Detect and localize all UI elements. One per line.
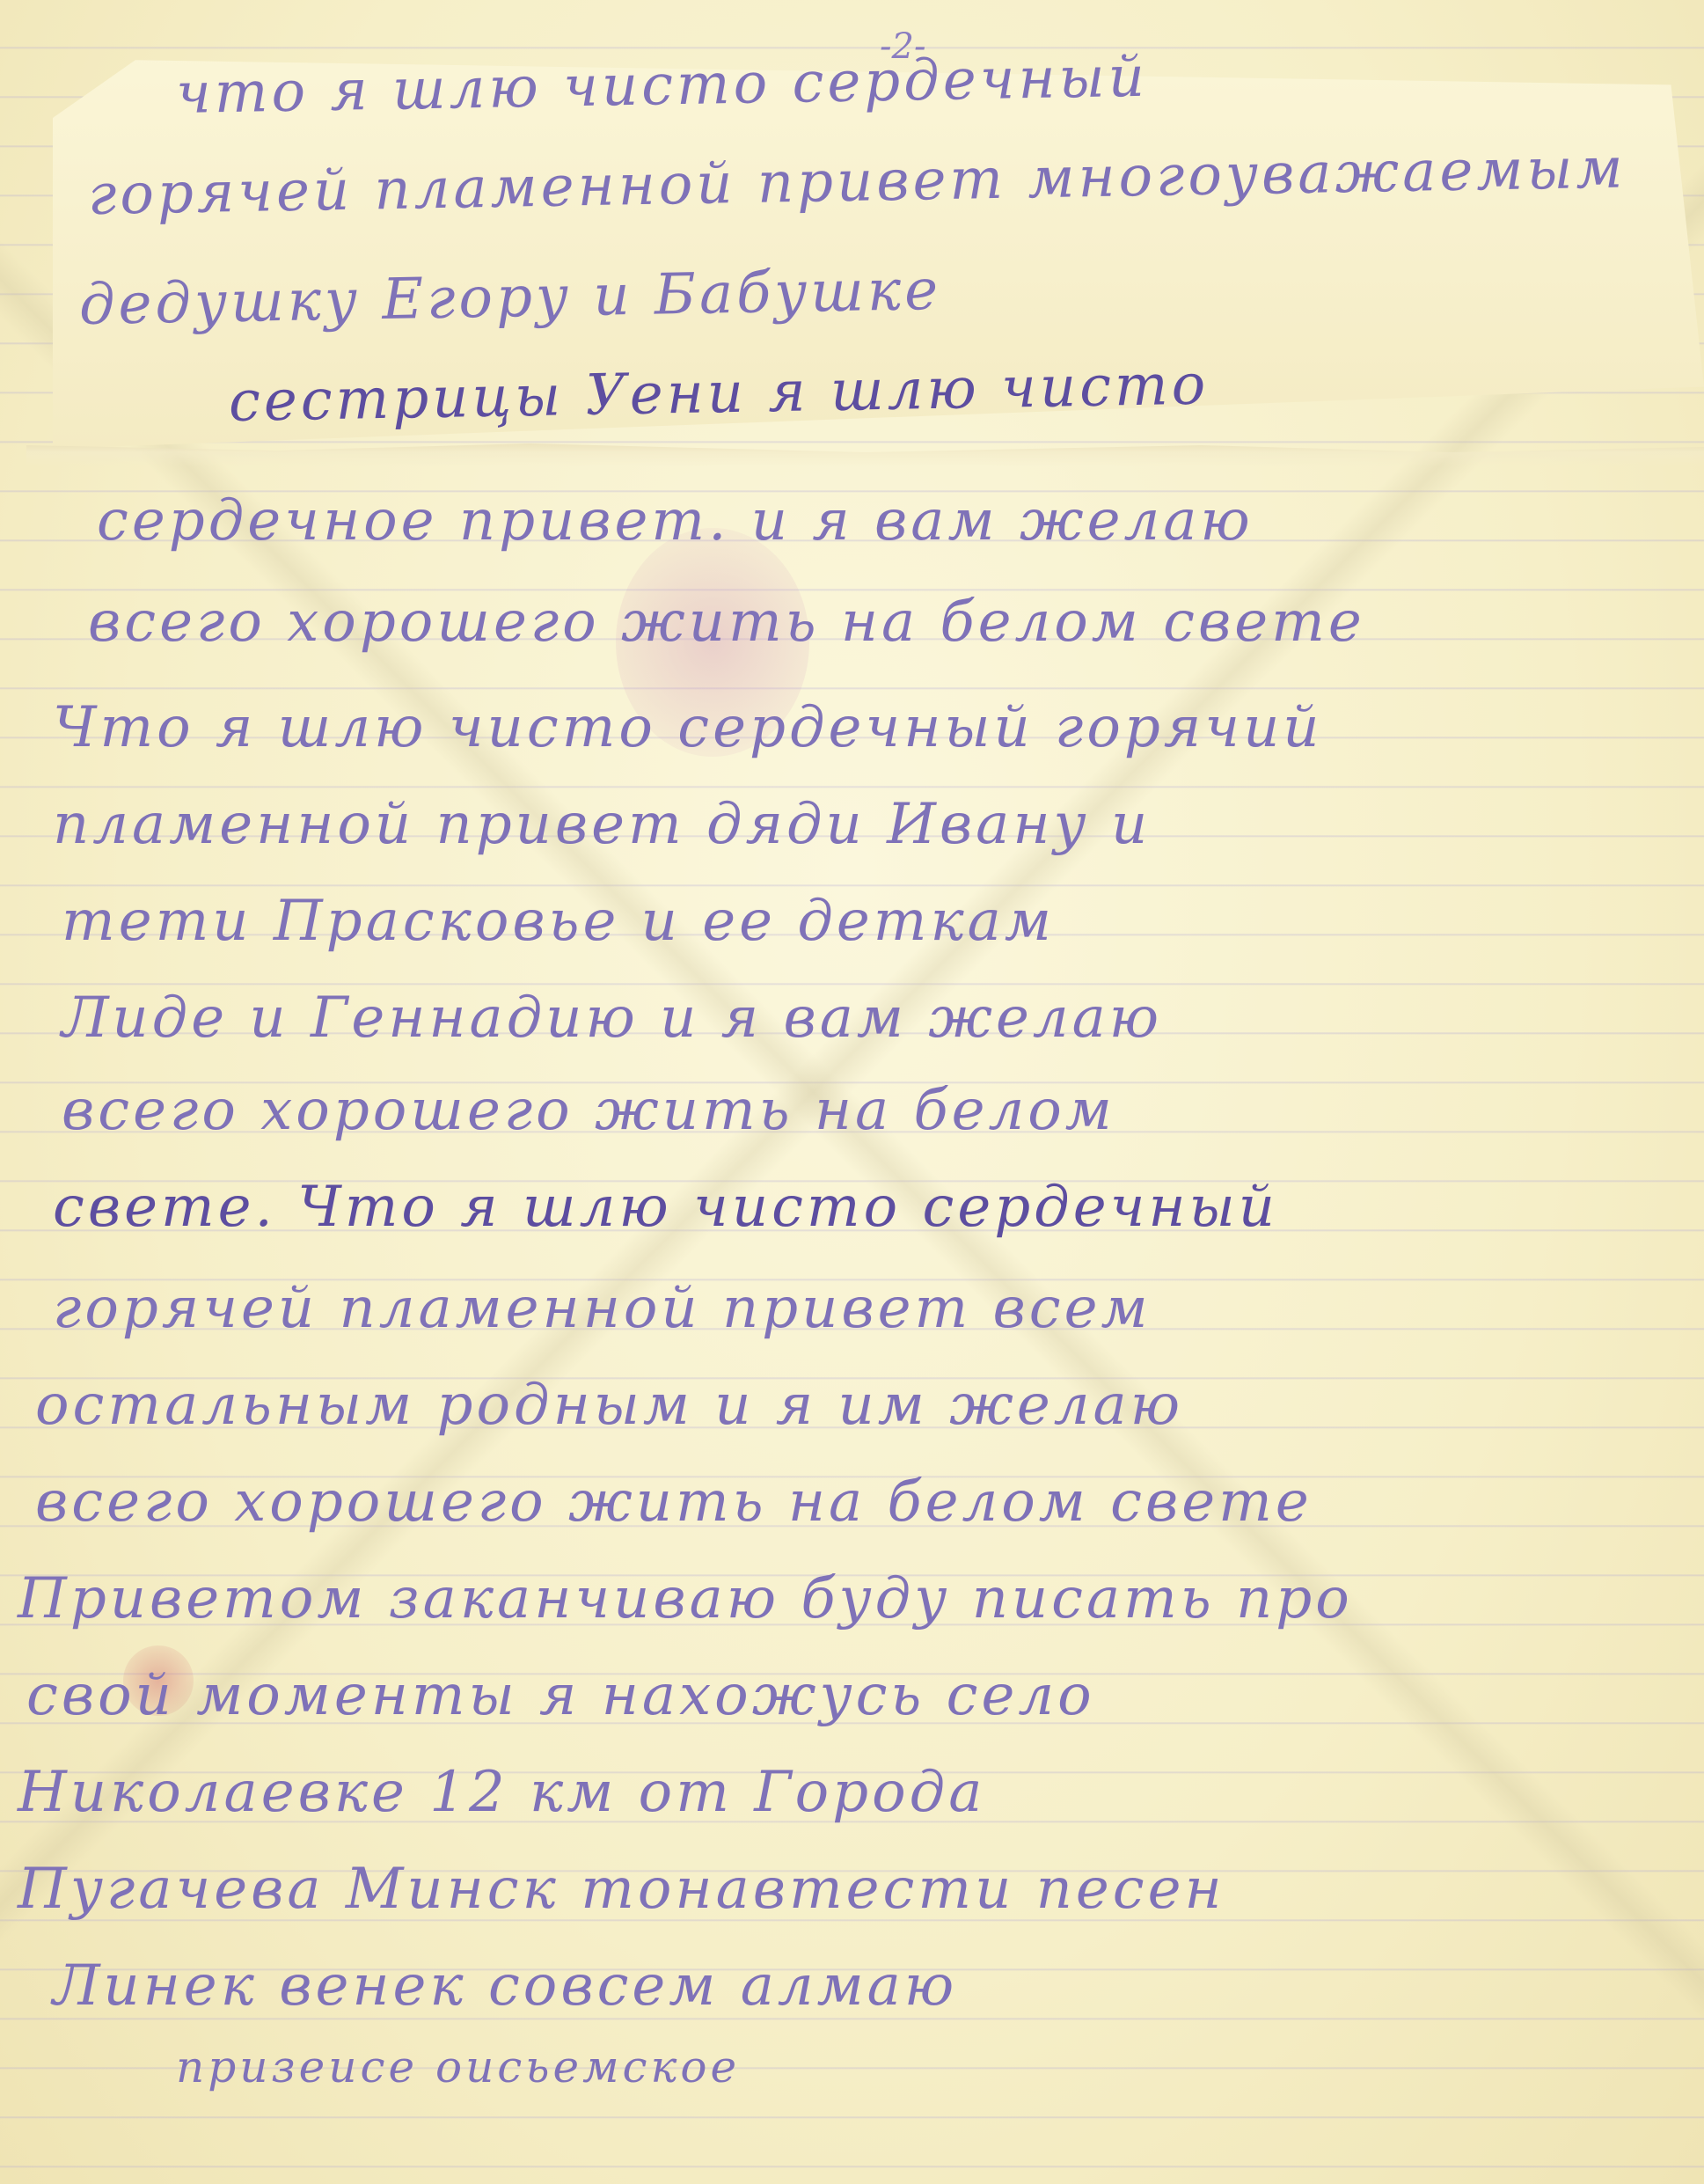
- letter-line: тети Прасковье и ее деткам: [62, 889, 1055, 954]
- letter-line: Пугачева Минск тонавтести песен: [18, 1857, 1225, 1922]
- letter-line: свой моменты я нахожусь село: [26, 1663, 1095, 1728]
- letter-line: всего хорошего жить на белом свете: [35, 1469, 1313, 1535]
- letter-line: всего хорошего жить на белом: [62, 1078, 1115, 1143]
- letter-line: свете. Что я шлю чисто сердечный: [53, 1175, 1278, 1240]
- letter-line: Лиде и Геннадию и я вам желаю: [62, 986, 1162, 1051]
- letter-line: сердечное привет. и я вам желаю: [97, 488, 1254, 553]
- letter-line: Линек венек совсем алмаю: [53, 1953, 957, 2019]
- letter-line: пламенной привет дяди Ивану и: [53, 792, 1151, 857]
- letter-line: Приветом заканчиваю буду писать про: [18, 1566, 1353, 1631]
- letter-line: всего хорошего жить на белом свете: [88, 590, 1365, 655]
- letter-line: остальным родным и я им желаю: [35, 1373, 1183, 1438]
- letter-line: Что я шлю чисто сердечный горячий: [53, 695, 1323, 760]
- letter-line: призеисе оисьемское: [176, 2041, 740, 2092]
- letter-line: Николаевке 12 км от Города: [18, 1760, 985, 1825]
- letter-line: горячей пламенной привет всем: [53, 1276, 1152, 1341]
- letter-paper: -2- что я шлю чисто сердечный горячей пл…: [0, 0, 1704, 2184]
